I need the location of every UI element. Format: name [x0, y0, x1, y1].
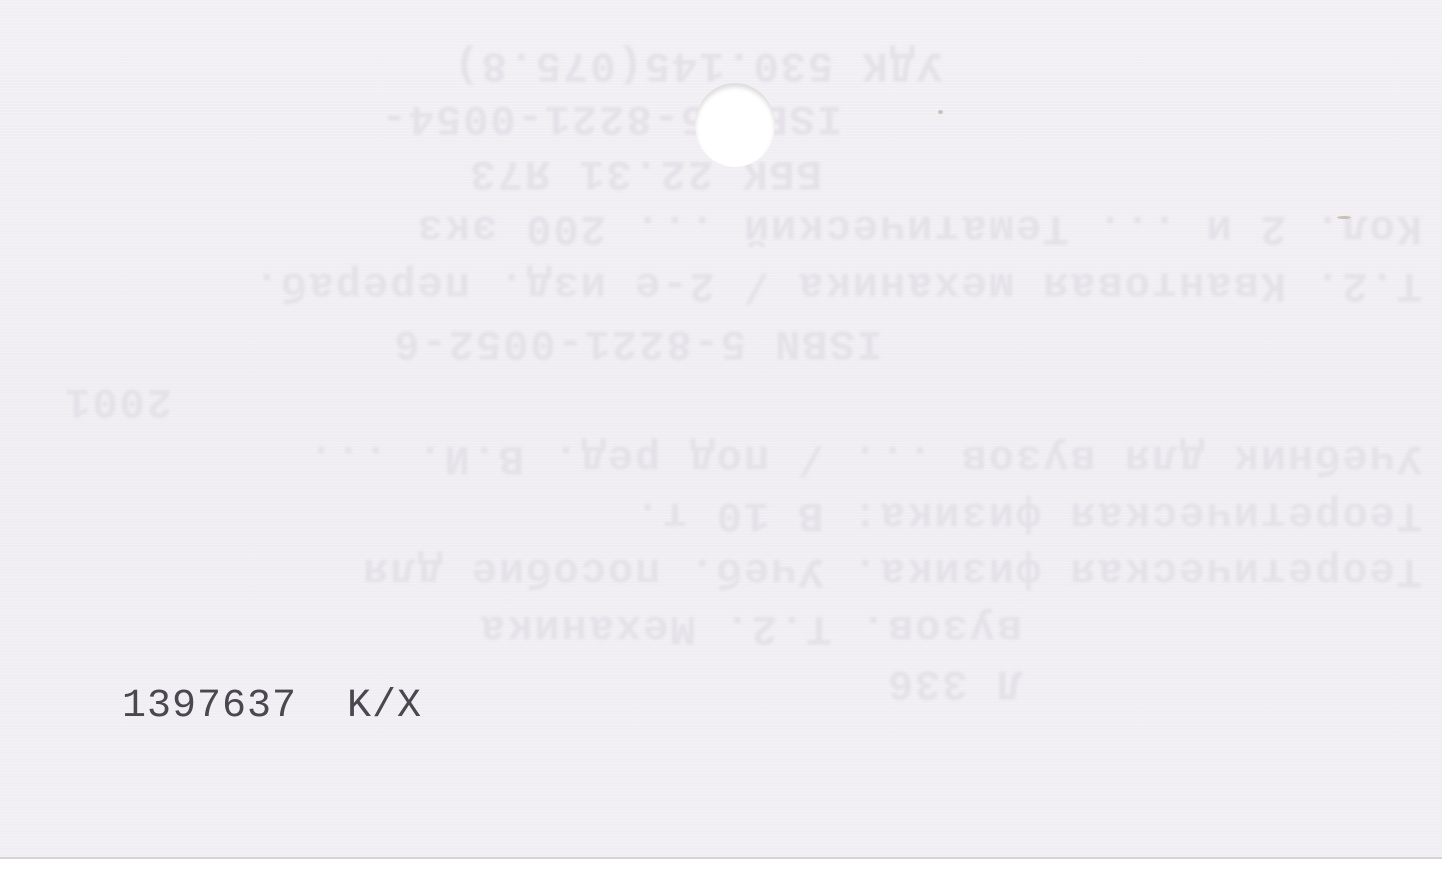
call-number-line: 1397637 K/X: [122, 684, 422, 729]
bleed-line: 2001: [63, 377, 172, 425]
call-number: 1397637: [122, 684, 297, 729]
bleed-line: вузов. Т.2. Механика: [478, 604, 1022, 652]
catalog-card: Л 336 вузов. Т.2. Механика Теоретическая…: [0, 0, 1442, 859]
bleed-line: ISBN 5-8221-0052-6: [392, 319, 882, 367]
bleed-line: УДК 530.145(075.8): [452, 41, 942, 89]
bleed-line: Теоретическая физика. Учеб. пособие для: [361, 547, 1422, 595]
bleed-line: Учебник для вузов ... / под ред. В.И. ..…: [307, 434, 1422, 482]
bleed-line: Теоретическая физика: В 10 т.: [633, 491, 1422, 539]
paper-speck: [1337, 216, 1351, 219]
bleed-line: ББК 22.31 Я73: [468, 149, 822, 197]
paper-speck: [938, 110, 943, 114]
bleed-line: Л 336: [886, 659, 1022, 707]
bleed-line: Т.2. Квантовая механика / 2-е изд. перер…: [252, 261, 1422, 309]
bleed-line: Кол. 2 и ... Тематический ... 200 экз: [415, 204, 1422, 252]
shelf-mark: K/X: [347, 684, 422, 729]
punch-hole: [695, 83, 775, 167]
